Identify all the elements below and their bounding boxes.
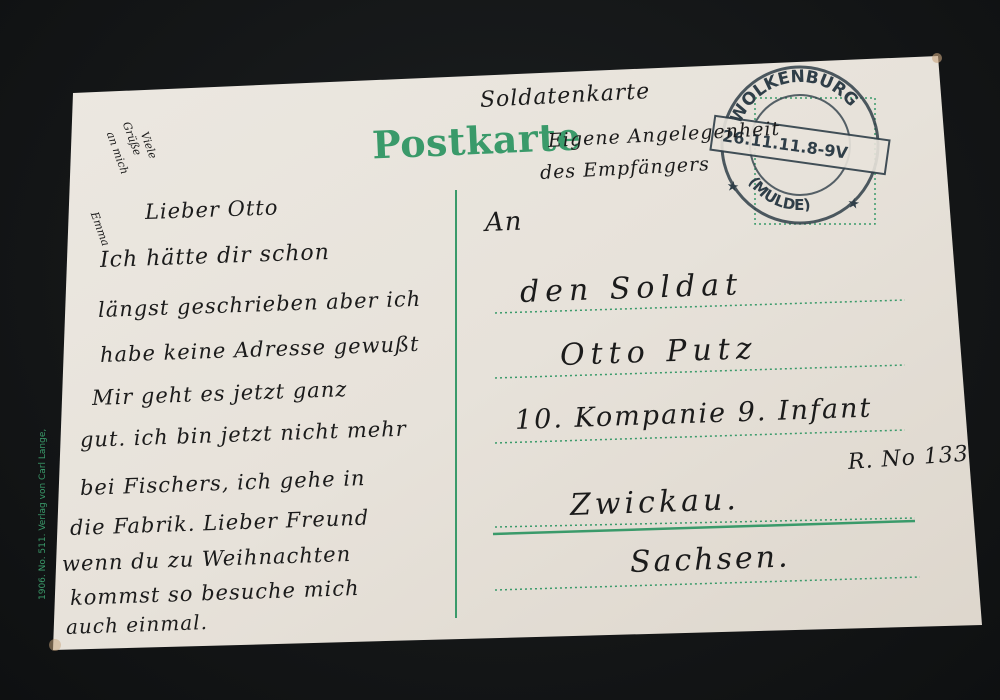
address-city: Zwickau. bbox=[569, 482, 740, 523]
svg-text:★: ★ bbox=[725, 178, 740, 196]
address-an: An bbox=[484, 207, 523, 238]
svg-text:★: ★ bbox=[846, 195, 861, 213]
postcard: WOLKENBURG (MULDE) 26.11.11.8-9V ★ ★ Pos… bbox=[0, 0, 1000, 700]
address-recipient-name: Otto Putz bbox=[559, 331, 758, 373]
message-line: Lieber Otto bbox=[145, 195, 279, 224]
message-line: auch einmal. bbox=[66, 610, 209, 639]
publisher-line: 1906. No. 511. Verlag von Carl Lange, bbox=[38, 429, 48, 600]
address-state: Sachsen. bbox=[629, 539, 791, 580]
